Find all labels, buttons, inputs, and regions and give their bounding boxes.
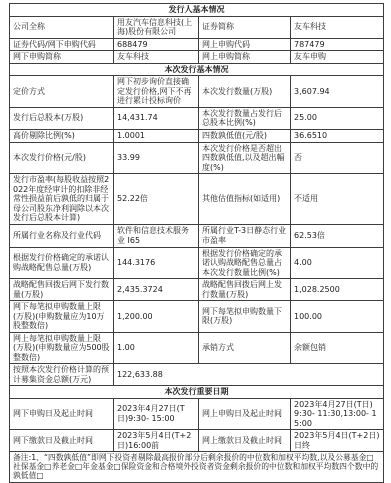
field-value: 1,028.2500	[291, 279, 384, 301]
section-title-issuer: 发行人基本情况	[10, 4, 384, 17]
field-value: 3,607.94	[291, 76, 384, 108]
field-value: 787479	[291, 38, 384, 51]
table-row-proceeds: 按照本次发行价格计算的预计募集资金总额(万元) 122,633.88	[10, 364, 384, 386]
field-value: 1.0001	[114, 129, 199, 142]
field-value: 122,633.88	[114, 364, 384, 386]
field-label: 发行市盈率(每股收益按照2022年度经审计的扣除非经常性损益前后孰低的归属于母公…	[10, 174, 114, 225]
table-row: 根据发行价格确定的承诺认购战略配售总量(万股) 144.3176 根据发行价格确…	[10, 247, 384, 279]
field-value: 36.6510	[291, 129, 384, 142]
field-label: 本次发行价格是否超出四数孰低值,以及超出幅度(%)	[199, 142, 291, 174]
field-value: 688479	[114, 38, 199, 51]
field-value: 余额包销	[291, 332, 384, 364]
field-value: 52.22倍	[114, 174, 199, 225]
announcement-table-container: 发行人基本情况 公司全称 用友汽车信息科技(上海)股份有限公司 证券简称 友车科…	[9, 3, 383, 390]
field-label: 公司全称	[10, 16, 114, 38]
field-label: 证券简称	[199, 16, 291, 38]
field-value: 不适用	[291, 174, 384, 225]
field-label: 网下每笔拟申购数量上限(万股)(申购数量应为10万股整数倍)	[10, 301, 114, 333]
field-value: 62.53倍	[291, 224, 384, 247]
field-label: 网下申购简称	[10, 51, 114, 64]
field-value: 用友汽车信息科技(上海)股份有限公司	[114, 16, 199, 38]
field-value: 友车申购	[291, 51, 384, 64]
field-value: 友车科技	[291, 16, 384, 38]
field-label: 网上每笔拟申购数量上限(万股)(申购数量应为500股整数倍)	[10, 332, 114, 364]
table-row: 战略配售回拨后网下发行数量(万股) 2,435.3724 战略配售回拨后网上发行…	[10, 279, 384, 301]
field-label: 承销方式	[199, 332, 291, 364]
field-label: 本次发行价格(元/股)	[10, 142, 114, 174]
field-label: 本次发行数量占发行后总股本比例(%)	[199, 107, 291, 129]
field-label: 战略配售回拨后网下发行数量(万股)	[10, 279, 114, 301]
field-value: 友车科技	[114, 51, 199, 64]
page: { "titles": { "issuer_section": "发行人基本情况…	[0, 0, 391, 390]
field-label: 网上申购代码	[199, 38, 291, 51]
field-label: 本次发行数量(万股)	[199, 76, 291, 108]
field-label: 所属行业名称及行业代码	[10, 224, 114, 247]
field-label: 根据发行价格确定的承诺认购战略配售总量(万股)	[10, 247, 114, 279]
field-value: 网下初步询价直接确定发行价格,网下不再进行累计投标询价	[114, 76, 199, 108]
field-label: 证券代码/网下申购代码	[10, 38, 114, 51]
field-label: 四数孰低值(元/股)	[199, 129, 291, 142]
field-label: 发行后总股本(万股)	[10, 107, 114, 129]
table-row: 所属行业名称及行业代码 软件和信息技术服务业 I65 所属行业T-3日静态行业市…	[10, 224, 384, 247]
section-header-row: 本次发行重要日期	[10, 386, 384, 391]
field-label: 定价方式	[10, 76, 114, 108]
field-value: 144.3176	[114, 247, 199, 279]
field-label: 按照本次发行价格计算的预计募集资金总额(万元)	[10, 364, 114, 386]
field-value: 2,435.3724	[114, 279, 199, 301]
field-value: 4.00	[291, 247, 384, 279]
field-label: 战略配售回拨后网上发行数量(万股)	[199, 279, 291, 301]
field-label: 网上申购简称	[199, 51, 291, 64]
field-value: 软件和信息技术服务业 I65	[114, 224, 199, 247]
field-value: 14,431.74	[114, 107, 199, 129]
field-value: 25.00	[291, 107, 384, 129]
section-title-offering: 本次发行基本情况	[10, 63, 384, 76]
section-header-row: 本次发行基本情况	[10, 63, 384, 76]
field-label: 网下每笔拟申购数量下限(万股)	[199, 301, 291, 333]
section-title-dates: 本次发行重要日期	[10, 386, 384, 391]
table-row: 证券代码/网下申购代码 688479 网上申购代码 787479	[10, 38, 384, 51]
table-row: 高价剔除比例(%) 1.0001 四数孰低值(元/股) 36.6510	[10, 129, 384, 142]
ipo-announcement-table: 发行人基本情况 公司全称 用友汽车信息科技(上海)股份有限公司 证券简称 友车科…	[9, 3, 384, 390]
table-row: 本次发行价格(元/股) 33.99 本次发行价格是否超出四数孰低值,以及超出幅度…	[10, 142, 384, 174]
table-row: 网下申购简称 友车科技 网上申购简称 友车申购	[10, 51, 384, 64]
table-row: 定价方式 网下初步询价直接确定发行价格,网下不再进行累计投标询价 本次发行数量(…	[10, 76, 384, 108]
field-value: 1.00	[114, 332, 199, 364]
table-row: 公司全称 用友汽车信息科技(上海)股份有限公司 证券简称 友车科技	[10, 16, 384, 38]
field-value: 否	[291, 142, 384, 174]
field-value: 33.99	[114, 142, 199, 174]
table-row: 发行市盈率(每股收益按照2022年度经审计的扣除非经常性损益前后孰低的归属于母公…	[10, 174, 384, 225]
table-row: 发行后总股本(万股) 14,431.74 本次发行数量占发行后总股本比例(%) …	[10, 107, 384, 129]
field-label: 根据发行价格确定的承诺认购战略配售总量占本次发行数量比例(%)	[199, 247, 291, 279]
field-value: 1,200.00	[114, 301, 199, 333]
field-label: 所属行业T-3日静态行业市盈率	[199, 224, 291, 247]
section-header-row: 发行人基本情况	[10, 4, 384, 17]
field-label: 高价剔除比例(%)	[10, 129, 114, 142]
table-row: 网下每笔拟申购数量上限(万股)(申购数量应为10万股整数倍) 1,200.00 …	[10, 301, 384, 333]
field-label: 其他估值指标(如适用)	[199, 174, 291, 225]
field-value: 100.00	[291, 301, 384, 333]
table-row: 网上每笔拟申购数量上限(万股)(申购数量应为500股整数倍) 1.00 承销方式…	[10, 332, 384, 364]
